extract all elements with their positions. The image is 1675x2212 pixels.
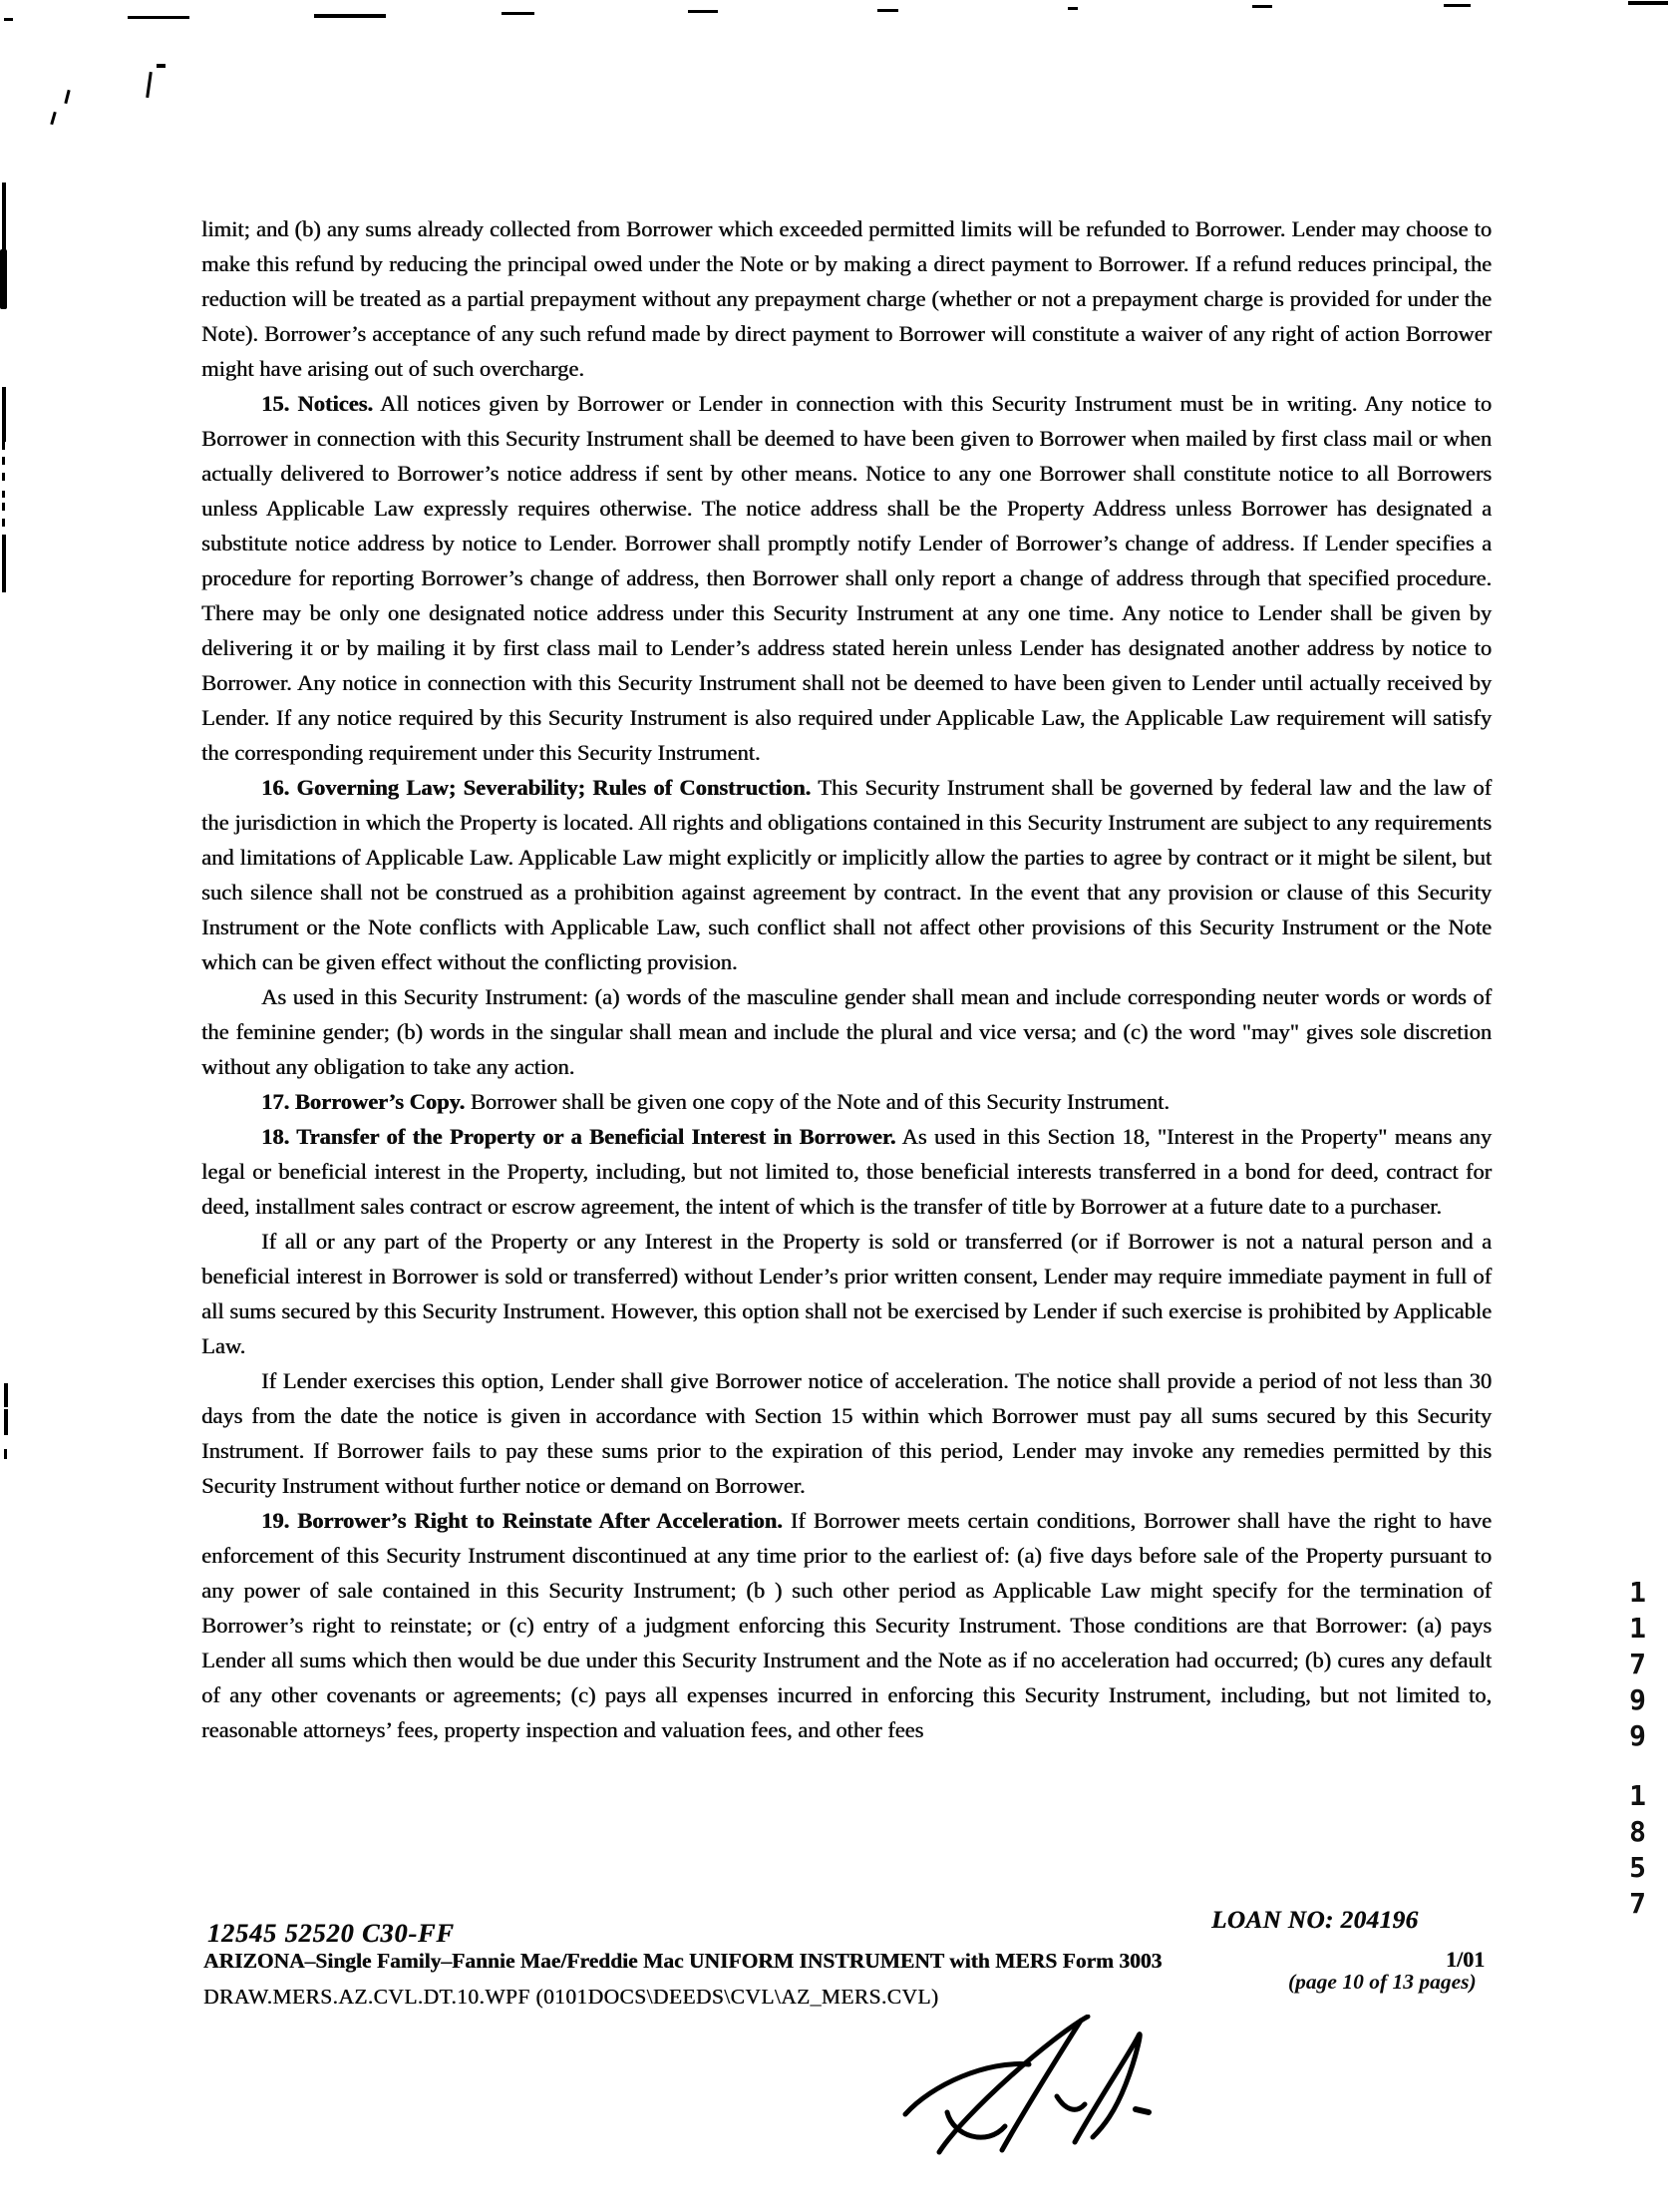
scan-artifact-dash <box>128 16 189 19</box>
scan-artifact-speck <box>64 90 70 104</box>
footer-doc-code: 12545 52520 C30-FF <box>207 1919 455 1949</box>
scan-artifact-dash <box>1628 1 1668 5</box>
paragraph-text: If all or any part of the Property or an… <box>201 1229 1492 1358</box>
scan-artifact-dash <box>877 9 898 12</box>
paragraph-text: limit; and (b) any sums already collecte… <box>201 216 1492 381</box>
scan-artifact-line <box>2 535 6 592</box>
scan-artifact-line <box>4 1383 8 1407</box>
scan-artifact-dash <box>2 503 5 511</box>
paragraph-17-borrowers-copy: 17. Borrower’s Copy. Borrower shall be g… <box>201 1084 1492 1119</box>
scan-artifact-dash <box>1252 5 1272 8</box>
scan-artifact-speck <box>50 112 56 125</box>
paragraph-text: Borrower shall be given one copy of the … <box>471 1089 1170 1114</box>
scan-artifact-dash <box>314 14 386 18</box>
footer-form-identifier: ARIZONA–Single Family–Fannie Mae/Freddie… <box>203 1949 1162 1974</box>
paragraph-19-reinstate: 19. Borrower’s Right to Reinstate After … <box>201 1503 1492 1747</box>
scan-artifact-dash <box>2 457 5 465</box>
paragraph-text: As used in this Security Instrument: (a)… <box>201 984 1492 1079</box>
scan-artifact-speck <box>146 72 153 98</box>
scan-artifact-dash <box>1068 7 1078 10</box>
paragraph-gender-words: As used in this Security Instrument: (a)… <box>201 979 1492 1084</box>
scan-artifact-dash <box>2 442 5 450</box>
paragraph-transfer-consent: If all or any part of the Property or an… <box>201 1224 1492 1363</box>
section-lead: 18. Transfer of the Property or a Benefi… <box>261 1124 895 1149</box>
section-lead: 19. Borrower’s Right to Reinstate After … <box>261 1508 783 1533</box>
scan-artifact-dash <box>1444 4 1471 7</box>
paragraph-refund-continuation: limit; and (b) any sums already collecte… <box>201 211 1492 386</box>
scan-artifact-dash <box>4 1449 7 1459</box>
footer-page-number: (page 10 of 13 pages) <box>1288 1970 1477 1995</box>
section-lead: 17. Borrower’s Copy. <box>261 1089 465 1114</box>
section-lead: 16. Governing Law; Severability; Rules o… <box>261 775 811 800</box>
scan-artifact-dash <box>4 18 13 21</box>
scan-artifact-speck <box>157 64 166 68</box>
scan-artifact-dash <box>502 12 534 15</box>
signature-mark <box>847 2015 1246 2212</box>
paragraph-15-notices: 15. Notices. All notices given by Borrow… <box>201 386 1492 770</box>
paragraph-text: If Lender exercises this option, Lender … <box>201 1368 1492 1498</box>
footer-file-path: DRAW.MERS.AZ.CVL.DT.10.WPF (0101DOCS\DEE… <box>203 1985 938 2010</box>
scan-artifact-dash <box>2 473 5 481</box>
document-page: limit; and (b) any sums already collecte… <box>0 0 1675 2212</box>
bates-stamp-upper: 11799 <box>1621 1576 1654 1755</box>
section-lead: 15. Notices. <box>261 391 373 416</box>
scan-artifact-dash <box>2 519 5 527</box>
scan-artifact-dash <box>688 10 718 13</box>
paragraph-text: If Borrower meets certain conditions, Bo… <box>201 1508 1492 1742</box>
paragraph-acceleration-notice: If Lender exercises this option, Lender … <box>201 1363 1492 1503</box>
document-body: limit; and (b) any sums already collecte… <box>201 211 1492 1747</box>
footer-loan-number: LOAN NO: 204196 <box>1211 1907 1419 1935</box>
scan-artifact-dash <box>2 491 5 498</box>
paragraph-text: This Security Instrument shall be govern… <box>201 775 1492 974</box>
paragraph-16-governing-law: 16. Governing Law; Severability; Rules o… <box>201 770 1492 979</box>
scan-artifact-line <box>4 1409 8 1435</box>
bates-stamp-lower: 1857 <box>1621 1779 1654 1923</box>
scan-artifact-line <box>2 387 6 442</box>
paragraph-18-transfer: 18. Transfer of the Property or a Benefi… <box>201 1119 1492 1224</box>
scan-artifact-blotch <box>0 249 7 309</box>
paragraph-text: All notices given by Borrower or Lender … <box>201 391 1492 765</box>
